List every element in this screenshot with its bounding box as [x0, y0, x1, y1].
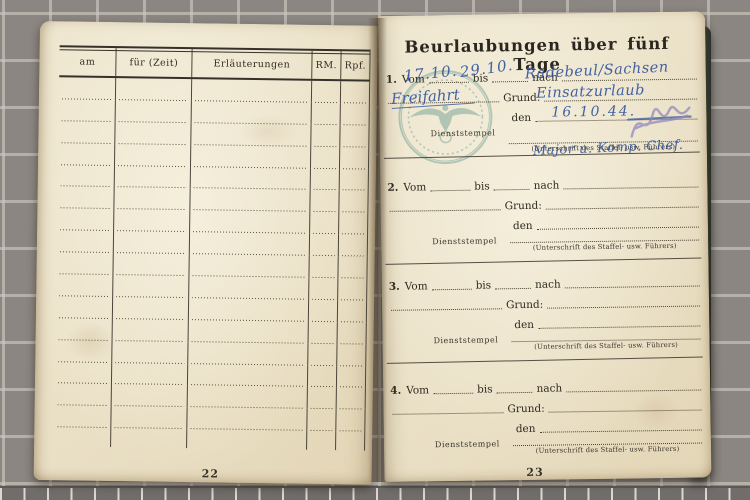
- signature-caption: (Unterschrift des Staffel- usw. Führers): [510, 242, 699, 253]
- dotted-line: [566, 381, 701, 393]
- label-dienststempel: Dienststempel: [433, 335, 498, 345]
- pay-ledger-table: am für (Zeit) Erläuterungen RM. Rpf.: [54, 45, 371, 451]
- label-dienststempel: Dienststempel: [431, 128, 496, 138]
- signature-caption: (Unterschrift des Staffel- usw. Führers): [512, 341, 701, 352]
- dotted-line: [546, 198, 699, 210]
- label-bis: bis: [474, 279, 494, 291]
- signature-line: [511, 327, 700, 343]
- dotted-line: [429, 73, 469, 84]
- label-dienststempel: Dienststempel: [432, 236, 497, 246]
- label-grund: Grund:: [501, 92, 542, 105]
- dotted-line: [392, 403, 503, 415]
- pencil-signature-scribble: [625, 98, 696, 147]
- dotted-line: [565, 277, 700, 289]
- entry-number: 2.: [387, 182, 401, 194]
- label-bis: bis: [475, 383, 495, 395]
- ledger-column-stub: [54, 427, 365, 450]
- dotted-line: [391, 299, 502, 311]
- label-grund: Grund:: [504, 299, 545, 312]
- leave-entry-3: 3. Vom bis nach Grund: den Dienststempel: [389, 277, 703, 377]
- ledger-header-erlaeuterungen: Erläuterungen: [192, 49, 312, 79]
- entry-divider: [387, 357, 703, 364]
- dotted-line: [549, 401, 702, 413]
- signature-caption: (Unterschrift des Staffel- usw. Führers): [513, 445, 702, 456]
- entry-number: 3.: [389, 281, 403, 293]
- ledger-header-rm: RM.: [312, 51, 341, 79]
- ledger-header-rpf: Rpf.: [341, 51, 370, 79]
- entry-number: 4.: [390, 385, 404, 397]
- dotted-line: [563, 178, 698, 190]
- dotted-line: [494, 180, 530, 191]
- page-number-right: 23: [526, 466, 543, 479]
- dotted-line: [495, 279, 531, 290]
- label-vom: Vom: [400, 73, 427, 85]
- dotted-line: [547, 297, 700, 309]
- ruler-band: [0, 486, 750, 500]
- label-vom: Vom: [401, 181, 428, 193]
- label-den: den: [509, 112, 533, 124]
- ledger-rows: [54, 77, 370, 432]
- leave-entry-2: 2. Vom bis nach Grund: den Dienststempel: [387, 178, 701, 278]
- dotted-line: [432, 280, 472, 291]
- label-vom: Vom: [404, 384, 431, 396]
- ledger-header-row: am für (Zeit) Erläuterungen RM. Rpf.: [59, 45, 370, 81]
- label-bis: bis: [471, 72, 491, 84]
- label-bis: bis: [472, 180, 492, 192]
- photo-backdrop-grid: am für (Zeit) Erläuterungen RM. Rpf.: [0, 0, 750, 500]
- ledger-header-am: am: [59, 47, 116, 76]
- booklet-page-left: am für (Zeit) Erläuterungen RM. Rpf.: [34, 21, 378, 485]
- label-grund: Grund:: [505, 403, 546, 416]
- dotted-line: [562, 70, 697, 82]
- label-vom: Vom: [403, 280, 430, 292]
- dotted-line: [433, 384, 473, 395]
- label-nach: nach: [532, 179, 562, 191]
- booklet-page-right: Beurlaubungen über fünf Tage 1. Vom bis: [378, 11, 711, 482]
- label-dienststempel: Dienststempel: [435, 439, 500, 449]
- label-nach: nach: [534, 382, 564, 394]
- entry-number: 1.: [386, 74, 400, 86]
- dotted-line: [492, 72, 528, 83]
- leave-entry-4: 4. Vom bis nach Grund: den Dienststempel: [390, 380, 704, 480]
- dotted-line: [430, 181, 470, 192]
- signature-line: [510, 228, 699, 244]
- entry-divider: [385, 258, 701, 265]
- dotted-line: [496, 383, 532, 394]
- dotted-line: [388, 92, 499, 104]
- label-nach: nach: [530, 71, 560, 83]
- label-nach: nach: [533, 278, 563, 290]
- dotted-line: [390, 200, 501, 212]
- ledger-header-fuer-zeit: für (Zeit): [116, 48, 192, 77]
- signature-line: [513, 431, 702, 447]
- page-number-left: 22: [202, 467, 219, 480]
- label-grund: Grund:: [503, 200, 544, 213]
